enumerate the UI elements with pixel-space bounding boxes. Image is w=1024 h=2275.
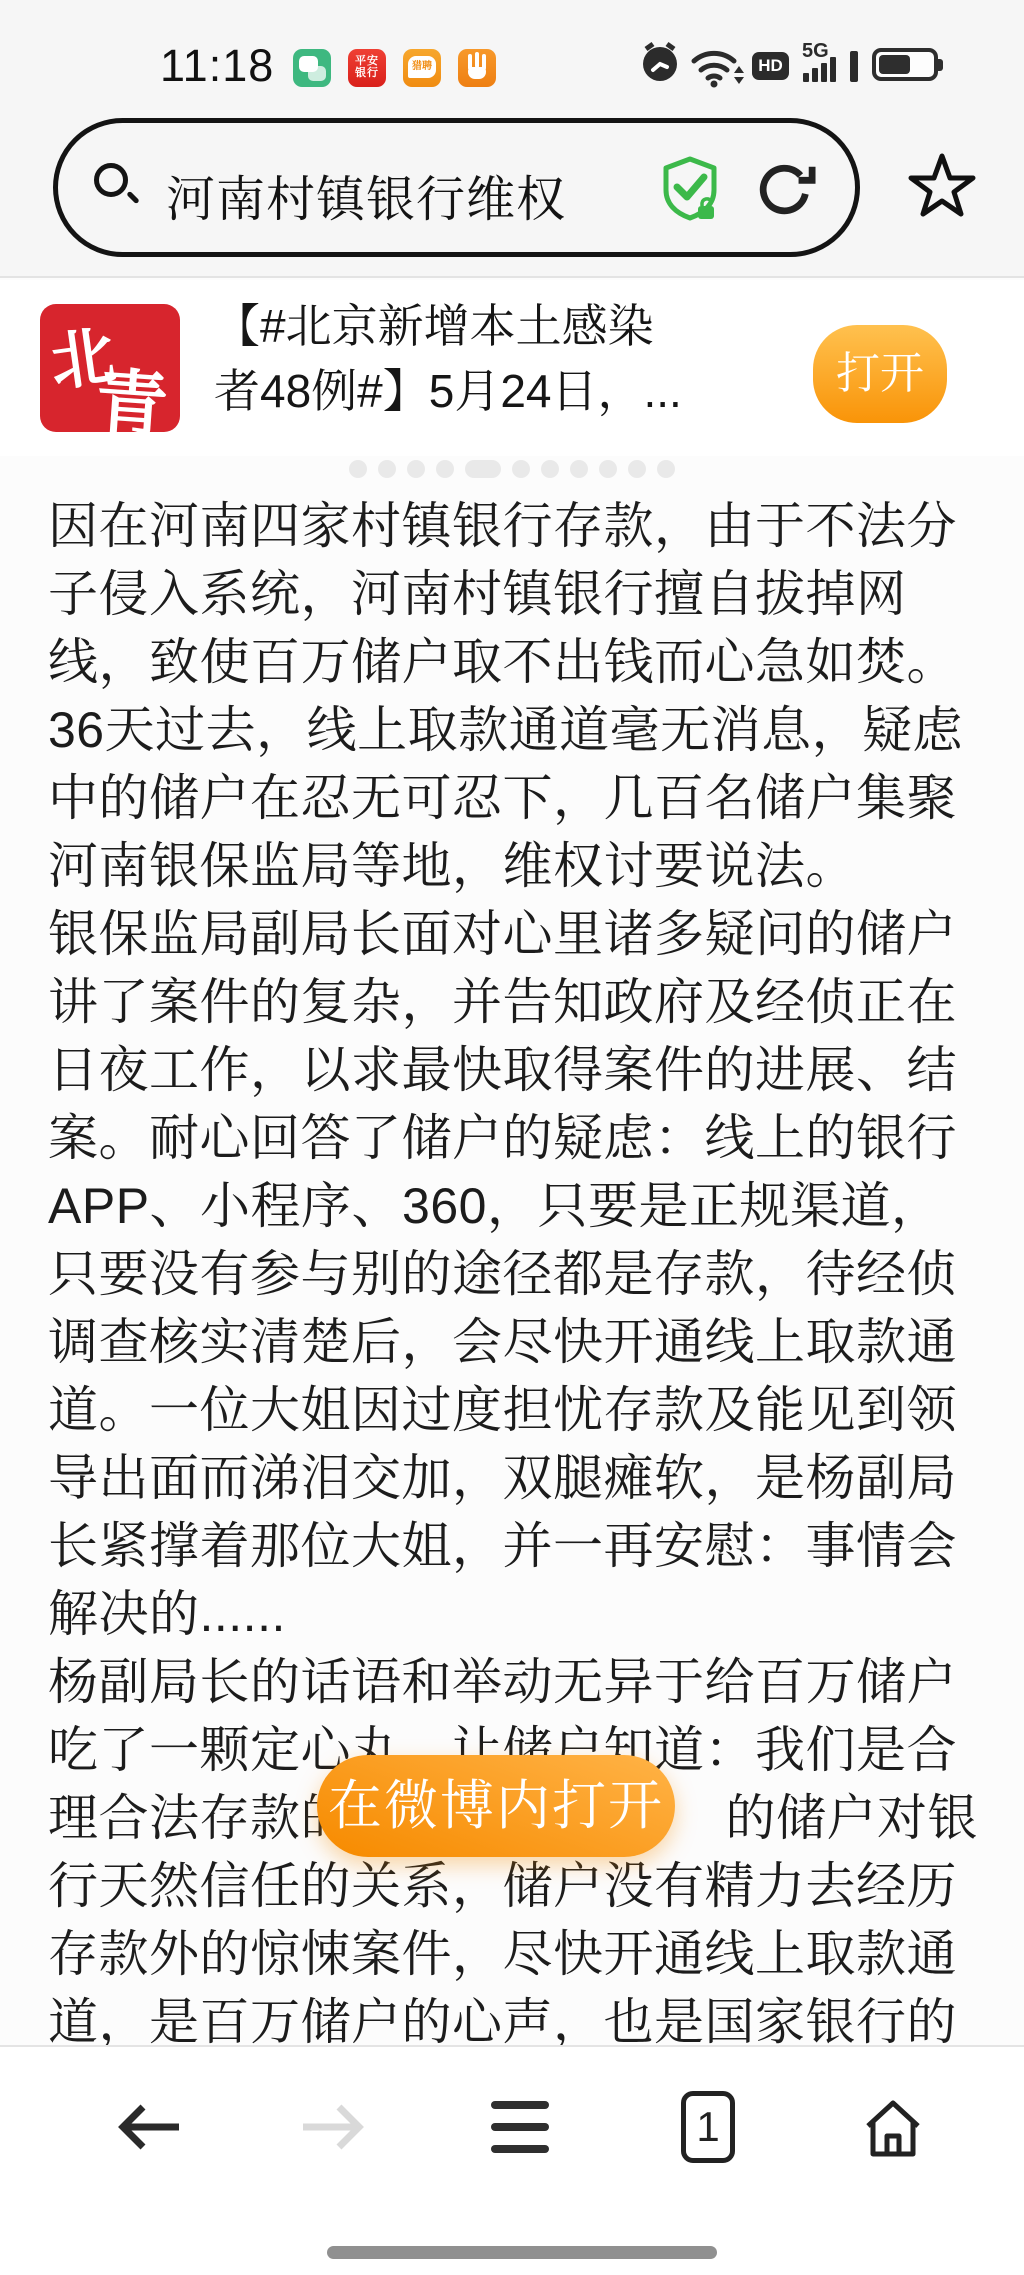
beijing-youth-daily-logo: 北 青 [40,304,180,432]
carousel-dot [512,460,530,478]
gesture-home-bar[interactable] [327,2246,717,2259]
carousel-dot [628,460,646,478]
banner-title: 【#北京新增本土感染 者48例#】5月24日，... [214,294,794,424]
article-line: 讲了案件的复杂，并告知政府及经侦正在 [48,968,978,1036]
51job-notification-icon [458,49,496,87]
battery-icon [872,48,938,81]
banner-title-line2: 者48例#】5月24日，... [214,359,794,424]
address-search-bar[interactable]: 河南村镇银行维权 [53,118,860,257]
liepin-notification-icon: 猎聘 [403,49,441,87]
article-line: 道。一位大姐因过度担忧存款及能见到领 [48,1376,978,1444]
article-lines-bottom: 行天然信任的关系，储户没有精力去经历存款外的惊悚案件，尽快开通线上取款通道，是百… [48,1852,978,2056]
wifi-icon [690,46,746,88]
carousel-dot [407,460,425,478]
article-line: 银保监局副局长面对心里诸多疑问的储户 [48,900,978,968]
nav-tabs-button[interactable]: 1 [668,2091,748,2163]
article-line: 因在河南四家村镇银行存款，由于不法分 [48,492,978,560]
pingan-bank-notification-icon: 平安银行 [348,49,386,87]
wechat-notification-icon [293,49,331,87]
carousel-dot [436,460,454,478]
nav-menu-button[interactable] [480,2091,560,2163]
article-line: 河南银保监局等地，维权讨要说法。 [48,832,978,900]
chat-bubble-front [299,56,318,72]
article-line: 日夜工作，以求最快取得案件的进展、结 [48,1036,978,1104]
article-line: 解决的...... [48,1580,978,1648]
article-line: 36天过去，线上取款通道毫无消息，疑虑 [48,696,978,764]
article-line-split-right: 的储户对银 [726,1784,979,1852]
carousel-dot [465,460,501,478]
weibo-site-banner[interactable]: 北 青 【#北京新增本土感染 者48例#】5月24日，... 打开 [0,280,1024,456]
battery-fill [879,55,910,74]
carousel-dot [349,460,367,478]
liepin-icon-text: 猎聘 [408,56,436,78]
carousel-dot [541,460,559,478]
carousel-dots [0,460,1024,478]
battery-nub [938,59,943,71]
hd-voice-badge: HD [752,52,789,80]
article-line-split-left: 理合法存款的 [48,1784,351,1852]
article-line: 只要没有参与别的途径都是存款，待经侦 [48,1240,978,1308]
article-line: 子侵入系统，河南村镇银行擅自拔掉网 [48,560,978,628]
article-line: APP、小程序、360，只要是正规渠道， [48,1172,978,1240]
bookmark-star-icon[interactable] [908,152,976,218]
article-line: 中的储户在忍无可忍下，几百名储户集聚 [48,764,978,832]
article-lines-top: 因在河南四家村镇银行存款，由于不法分子侵入系统，河南村镇银行擅自拔掉网线，致使百… [48,492,978,1784]
pingan-icon-text: 平安银行 [355,55,381,79]
security-shield-icon[interactable] [660,155,722,223]
cellular-5g-icon: 5G [802,42,858,82]
carousel-dot [657,460,675,478]
status-time: 11:18 [160,40,274,92]
top-chrome: 11:18 平安银行 猎聘 [0,0,1024,278]
carousel-dot [570,460,588,478]
article-line: 调查核实清楚后，会尽快开通线上取款通 [48,1308,978,1376]
menu-icon [491,2101,549,2153]
notification-icons: 平安银行 猎聘 [293,49,496,87]
logo-char: 青 [92,344,171,432]
carousel-dot [599,460,617,478]
signal-bars [803,57,836,82]
open-in-weibo-button[interactable]: 在微博内打开 [317,1755,675,1857]
article-line: 长紧撑着那位大姐，并一再安慰：事情会 [48,1512,978,1580]
article-line: 案。耐心回答了储户的疑虑：线上的银行 [48,1104,978,1172]
article-line: 杨副局长的话语和举动无异于给百万储户 [48,1648,978,1716]
nav-forward-button[interactable] [292,2091,372,2163]
banner-title-line1: 【#北京新增本土感染 [214,294,794,359]
carousel-dot [378,460,396,478]
refresh-icon[interactable] [754,159,816,221]
article-line: 存款外的惊悚案件，尽快开通线上取款通 [48,1920,978,1988]
alarm-clock-icon [638,40,682,84]
article-line: 线，致使百万储户取不出钱而心急如焚。 [48,628,978,696]
hand-finger [475,52,479,68]
open-app-button[interactable]: 打开 [813,325,947,423]
browser-bottom-nav: 1 [0,2045,1024,2275]
search-icon [94,163,138,207]
signal-bar-secondary [850,51,858,82]
back-arrow-icon [117,2102,183,2152]
nav-back-button[interactable] [110,2091,190,2163]
nav-home-button[interactable] [853,2091,933,2163]
hand-palm [468,67,486,79]
home-icon [860,2096,926,2158]
article-line: 导出面而涕泪交加，双腿瘫软，是杨副局 [48,1444,978,1512]
forward-arrow-icon [299,2102,365,2152]
browser-screen: 11:18 平安银行 猎聘 [0,0,1024,2275]
article-line: 行天然信任的关系，储户没有精力去经历 [48,1852,978,1920]
search-query-text[interactable]: 河南村镇银行维权 [166,161,566,231]
tab-count-icon: 1 [681,2091,735,2163]
